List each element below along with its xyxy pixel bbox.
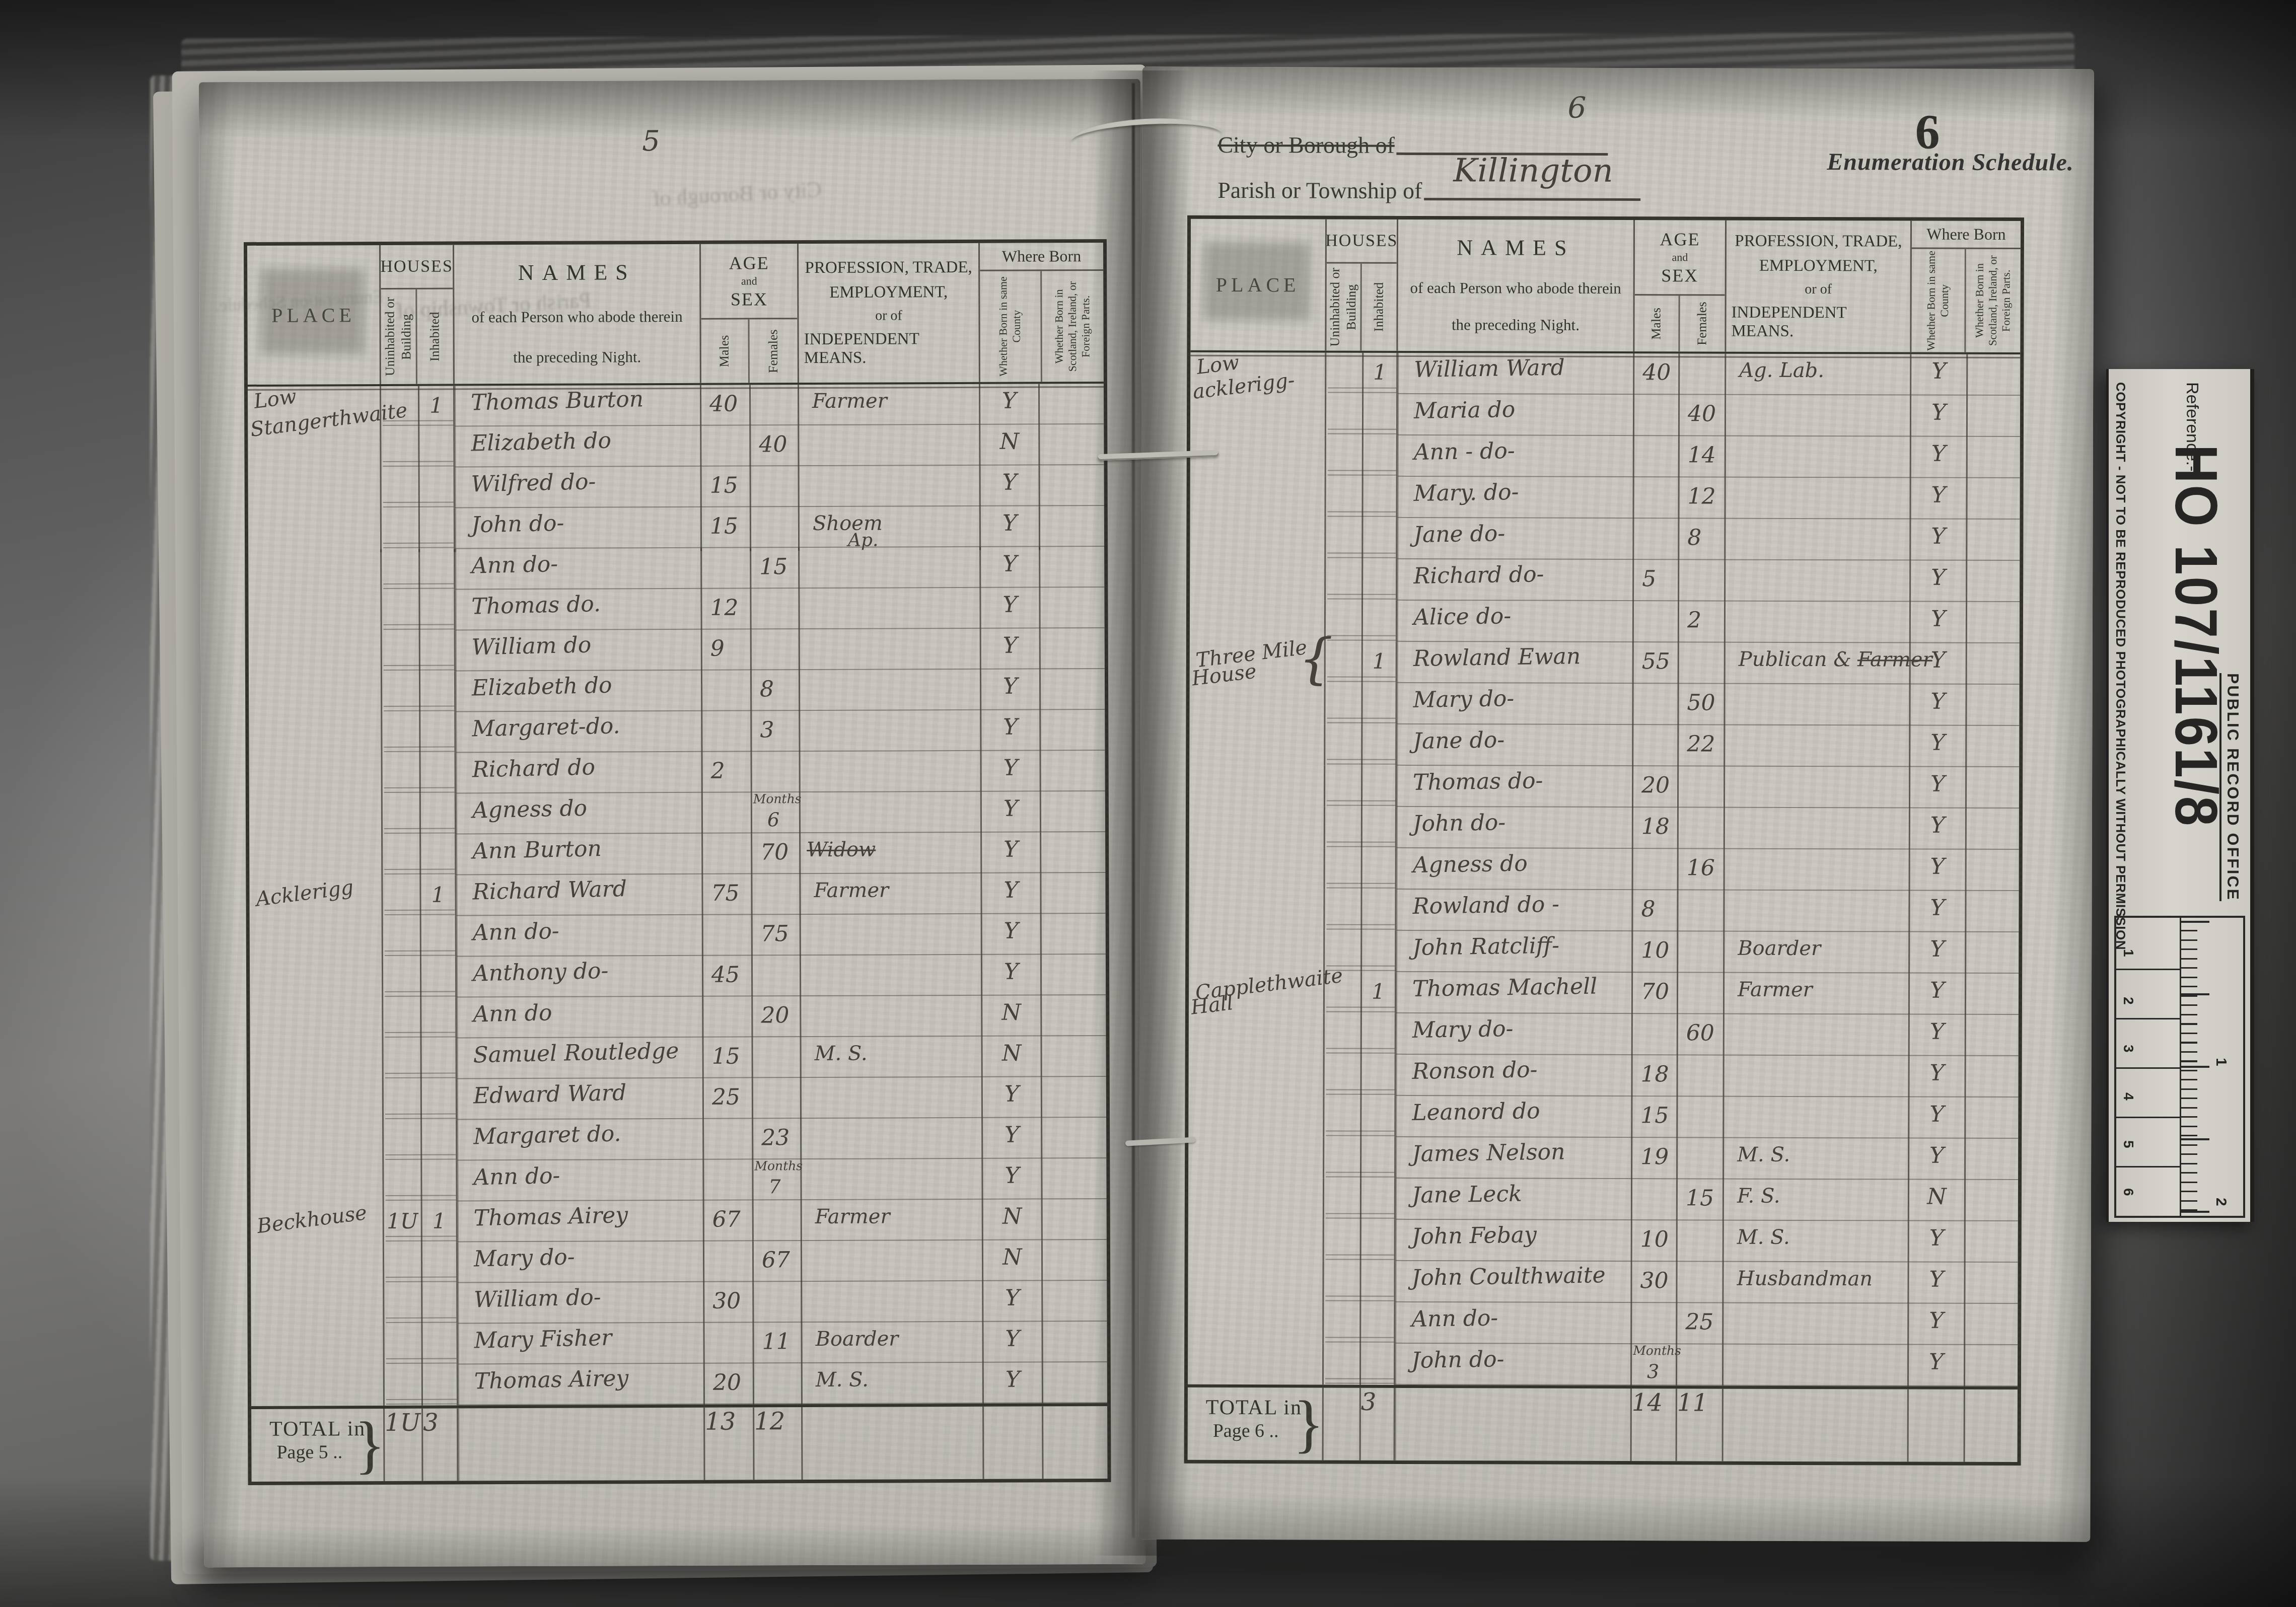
name-cell: Mary Fisher [458, 1323, 704, 1365]
age-females-cell [753, 1078, 802, 1119]
place-cell [249, 794, 383, 835]
age-value: 15 [1686, 1185, 1723, 1211]
born-same-county-cell: N [980, 424, 1040, 465]
born-county-value: Y [981, 714, 1039, 740]
age-males-cell: 15 [703, 1037, 753, 1078]
profession-cell: ShoemAp. [800, 506, 981, 551]
place-cell [250, 998, 383, 1039]
person-name: Thomas do. [471, 589, 701, 620]
age-females-cell: 70 [752, 833, 801, 874]
copyright-notice: COPYRIGHT - NOT TO BE REPRODUCED PHOTOGR… [2113, 382, 2128, 950]
col-header-born-same-county: Whether Born in same County [1911, 249, 1966, 352]
born-same-county-cell: Y [1909, 1139, 1966, 1180]
age-males-cell [1633, 725, 1679, 766]
inhabited-cell [420, 468, 455, 508]
born-county-value: Y [982, 836, 1040, 862]
born-county-value: Y [1909, 1349, 1964, 1375]
age-males-cell: 2 [703, 752, 752, 792]
name-cell: Ann Burton [456, 834, 703, 875]
born-same-county-cell: Y [1911, 520, 1967, 561]
name-cell: Mary. do- [1397, 477, 1634, 519]
profession-cell [1725, 684, 1910, 726]
inhabited-cell: 1 [419, 386, 455, 427]
uninhabited-cell [383, 835, 421, 875]
uninhabited-cell [383, 998, 421, 1039]
place-cell [249, 835, 383, 876]
age-males-cell [704, 1323, 754, 1363]
uninhabited-cell [1324, 1137, 1361, 1178]
age-females-cell [754, 1200, 802, 1241]
profession-cell: F. S. [1724, 1180, 1909, 1221]
person-name: John Coulthwaite [1411, 1262, 1631, 1290]
name-cell: Margaret do. [457, 1119, 704, 1161]
born-county-value: Y [984, 1366, 1042, 1392]
inhabited-cell [1363, 477, 1397, 518]
name-cell: Samuel Routledge [457, 1038, 703, 1079]
inhabited-cell [422, 1283, 458, 1324]
born-elsewhere-cell [1968, 437, 2020, 478]
inhabited-cell [1364, 435, 1398, 477]
profession-text: Ag. Lab. [1739, 359, 1824, 382]
name-cell: Thomas Burton [455, 385, 701, 427]
person-name: John Ratcliff- [1412, 931, 1632, 960]
profession-cell [800, 547, 981, 589]
col-header-where-born: Where Born Whether Born in same County W… [1911, 221, 2021, 353]
age-females-cell: 23 [753, 1119, 802, 1159]
col-header-inhabited: Inhabited [417, 289, 453, 384]
total-row-page-5: TOTAL in Page 5 .. } 1U 3 13 12 [251, 1403, 1108, 1482]
born-elsewhere-cell [1968, 354, 2020, 396]
age-males-cell [701, 425, 751, 466]
census-row: John Febay10M. S.Y [1188, 1219, 2018, 1263]
profession-cell [802, 1159, 983, 1200]
place-cell: LowStangerthwaite [248, 386, 381, 427]
uninhabited-cell [382, 672, 420, 712]
age-value: 19 [1640, 1144, 1676, 1170]
place-cell [1189, 1013, 1325, 1055]
profession-text: M. S. [816, 1368, 869, 1392]
col-header-age-sex: AGE and SEX Males Females [701, 244, 799, 383]
uninhabited-cell [1325, 724, 1362, 765]
uninhabited-cell [1324, 1178, 1361, 1219]
profession-cell [801, 955, 982, 996]
name-cell: Jane Leck [1396, 1179, 1632, 1220]
born-same-county-cell: Y [981, 506, 1040, 550]
brace-icon: } [1293, 1386, 1324, 1460]
uninhabited-cell [382, 712, 420, 753]
total-spacer-cell [1395, 1388, 1632, 1461]
inhabited-cell [420, 549, 455, 590]
profession-text: Farmer [812, 390, 887, 413]
age-value: 25 [1685, 1309, 1722, 1335]
profession-cell [800, 466, 981, 507]
profession-cell: Boarder [1725, 932, 1910, 974]
born-county-value: N [982, 999, 1040, 1025]
place-cell [248, 508, 382, 553]
age-males-cell: 67 [704, 1200, 754, 1241]
name-cell: John do- [1395, 1344, 1632, 1385]
uninhabited-cell [1325, 1013, 1362, 1054]
table-body: Lowacklerigg-1William Ward40Ag. Lab.YMar… [1188, 352, 2020, 1386]
census-row: Margaret do.23Y [250, 1118, 1106, 1161]
uninhabited-cell [1326, 476, 1363, 518]
age-males-cell [703, 996, 753, 1037]
age-value: 12 [1688, 483, 1725, 509]
age-males-cell: 5 [1634, 560, 1679, 601]
total-spacer-cell [1965, 1390, 2018, 1462]
inhabited-cell [421, 916, 457, 957]
person-name: Ann Burton [472, 834, 702, 864]
profession-text: Publican & [1739, 648, 1851, 672]
uninhabited-cell [1324, 1054, 1361, 1095]
born-elsewhere-cell [1967, 643, 2020, 685]
age-males-cell [1632, 1179, 1678, 1220]
name-cell: Ann do- [1395, 1302, 1632, 1344]
name-cell: Margaret-do. [456, 711, 702, 753]
profession-cell [799, 425, 980, 466]
profession-cell [1726, 560, 1911, 602]
inhabited-cell [420, 508, 455, 552]
born-county-value: N [1909, 1184, 1964, 1210]
total-males-cell: 14 [1632, 1389, 1677, 1461]
born-same-county-cell: Y [1910, 809, 1967, 850]
age-value: 14 [1688, 442, 1725, 468]
profession-cell [800, 629, 981, 670]
born-elsewhere-cell [1965, 1345, 2018, 1386]
col-header-inhabited: Inhabited [1361, 264, 1397, 351]
city-borough-label: City or Borough of [1217, 132, 1395, 158]
age-value: 55 [1642, 648, 1678, 674]
inhabited-cell [1361, 1179, 1396, 1220]
col-header-born-same-county: Whether Born in same County [980, 271, 1042, 382]
profession-cell: M. S. [801, 1037, 982, 1078]
total-spacer-cell [1909, 1390, 1965, 1462]
profession-cell [802, 1077, 983, 1119]
born-county-value: Y [1910, 771, 1965, 797]
ink-smudge [260, 268, 365, 354]
profession-cell [802, 1281, 983, 1323]
total-inhabited-cell: 3 [423, 1408, 459, 1481]
age-females-cell [1678, 1097, 1724, 1138]
born-county-value: Y [981, 592, 1039, 617]
person-name: Ann do- [472, 915, 702, 946]
born-same-county-cell: Y [1911, 643, 1967, 685]
place-cell [1188, 1219, 1324, 1261]
place-cell: CapplethwaiteHall [1189, 972, 1325, 1013]
uninhabited-cell [383, 753, 421, 794]
census-row: Acklerigg1Richard Ward75FarmerY [249, 873, 1105, 917]
age-females-cell [754, 1363, 803, 1404]
inhabited-cell [422, 1079, 457, 1120]
uninhabited-cell [384, 1120, 422, 1161]
person-name: Richard do- [1413, 560, 1633, 589]
born-county-value: Y [1909, 1102, 1964, 1127]
uninhabited-cell [384, 1161, 422, 1202]
born-elsewhere-cell [1966, 974, 2019, 1015]
inhabited-cell [423, 1364, 458, 1405]
age-value: 9 [710, 635, 750, 661]
born-same-county-cell: Y [981, 465, 1040, 506]
col-header-females: Females [1680, 296, 1725, 351]
census-row: Beckhouse1U1Thomas Airey67FarmerN [251, 1199, 1107, 1243]
profession-text: M. S. [815, 1042, 868, 1065]
census-row: Jane Leck15F. S.N [1188, 1178, 2018, 1221]
col-header-place: PLACE [247, 245, 381, 385]
census-row: John do-18Y [1189, 807, 2019, 850]
born-county-value: N [983, 1244, 1041, 1270]
col-header-age-sex: AGE and SEX Males Females [1634, 220, 1727, 351]
census-row: Ann Burton70WidowY [249, 832, 1105, 876]
person-name: Margaret do. [473, 1119, 703, 1150]
age-value: 2 [1687, 607, 1724, 633]
inhabited-cell [421, 1038, 457, 1079]
born-same-county-cell: Y [1910, 726, 1967, 767]
months-note: Months [753, 791, 802, 806]
inhabited-cell [421, 834, 456, 875]
person-name: Rowland Ewan [1413, 642, 1632, 671]
age-males-cell [704, 1159, 753, 1200]
born-elsewhere-cell [1966, 1139, 2018, 1180]
inhabited-cell [422, 1324, 458, 1364]
census-row: Margaret-do.3Y [249, 710, 1105, 754]
name-cell: Anthony do- [457, 956, 703, 998]
born-county-value: Y [982, 755, 1040, 780]
uninhabited-cell [383, 1039, 421, 1079]
profession-text: F. S. [1737, 1185, 1780, 1208]
born-county-value: Y [1911, 400, 1966, 425]
age-males-cell [704, 1119, 753, 1159]
col-header-houses-label: HOUSES [381, 245, 453, 289]
total-males-cell: 13 [705, 1407, 755, 1480]
inhabited-cell [1361, 1344, 1395, 1385]
born-same-county-cell: Y [983, 1077, 1042, 1118]
uninhabited-cell [382, 508, 420, 552]
age-females-cell: 11 [754, 1323, 802, 1363]
born-same-county-cell: Y [983, 1158, 1042, 1199]
born-county-value: Y [983, 1122, 1041, 1147]
age-value: 3 [1647, 1360, 1676, 1382]
inhabited-cell [420, 630, 456, 671]
age-males-cell: 40 [701, 385, 751, 425]
months-note: Months [1633, 1343, 1681, 1358]
place-cell [250, 1120, 384, 1161]
age-males-cell: 55 [1634, 642, 1679, 684]
profession-cell [1725, 891, 1910, 932]
census-row: John do-15ShoemAp.Y [248, 506, 1104, 550]
age-females-cell: Months7 [753, 1159, 802, 1200]
inhabited-cell [420, 671, 456, 712]
born-same-county-cell: Y [981, 669, 1041, 710]
age-males-cell [1634, 395, 1680, 436]
name-cell: William do- [458, 1282, 704, 1324]
age-females-cell: 40 [1680, 395, 1726, 436]
age-females-cell: 14 [1680, 436, 1726, 477]
profession-cell [1726, 436, 1911, 478]
census-row: Elizabeth do40N [248, 424, 1104, 468]
place-cell: Three MileHouse{ [1190, 641, 1326, 683]
inhabited-cell [421, 753, 456, 793]
name-cell: Richard do [456, 752, 703, 794]
born-elsewhere-cell [1966, 891, 2019, 932]
born-elsewhere-cell [1967, 850, 2019, 891]
uninhabited-cell [381, 427, 419, 468]
total-row-page-6: TOTAL in Page 6 .. } 3 14 11 [1188, 1384, 2018, 1462]
age-females-cell [753, 956, 801, 996]
inhabited-cell [421, 997, 457, 1038]
uninhabited-cell [382, 468, 420, 508]
profession-cell [1726, 478, 1911, 520]
inhabited-cell [1362, 848, 1397, 890]
census-row: Mary. do-12Y [1190, 476, 2020, 520]
inhabited-cell [1361, 1096, 1396, 1137]
age-males-cell [702, 670, 752, 711]
inhabited-cell: 1 [421, 875, 456, 916]
inhabited-cell [419, 427, 455, 468]
profession-cell [802, 1118, 983, 1159]
born-elsewhere-cell [1965, 1304, 2018, 1345]
age-males-cell: 10 [1632, 1220, 1678, 1262]
inhabited-cell [1361, 1302, 1395, 1344]
census-row: Leanord do15Y [1188, 1095, 2018, 1139]
age-value: 15 [759, 554, 798, 579]
age-value: 23 [761, 1125, 800, 1150]
census-row: Rowland do -8Y [1189, 889, 2019, 932]
uninhabited-cell [383, 794, 421, 835]
uninhabited-cell [1326, 559, 1363, 600]
place-cell [1189, 807, 1325, 848]
uninhabited-cell [1324, 1343, 1361, 1384]
age-males-cell: 15 [702, 507, 751, 551]
place-cell [1189, 848, 1325, 890]
place-cell [1188, 1343, 1324, 1385]
born-elsewhere-cell [1966, 1015, 2019, 1056]
total-label-cell: TOTAL in Page 6 .. } [1188, 1387, 1324, 1460]
census-row: Elizabeth do8Y [249, 669, 1105, 713]
born-county-value: Y [1911, 358, 1966, 384]
born-same-county-cell: Y [1909, 1263, 1965, 1304]
age-value: 20 [761, 1002, 800, 1028]
age-value: 15 [1640, 1103, 1676, 1128]
name-cell: Leanord do [1396, 1096, 1632, 1138]
page-number-handwritten: 5 [642, 125, 660, 158]
age-value: 45 [711, 962, 751, 987]
uninhabited-cell [384, 1324, 422, 1365]
born-county-value: Y [1910, 978, 1965, 1003]
uninhabited-cell [382, 631, 420, 672]
inhabited-cell [422, 1120, 457, 1160]
age-females-cell: 67 [754, 1241, 802, 1282]
inhabited-cell [1362, 724, 1397, 766]
age-value: 8 [1687, 525, 1724, 550]
name-cell: John Febay [1396, 1220, 1632, 1262]
name-cell: Ann do- [457, 1160, 704, 1202]
inhabited-cell: 1 [1362, 972, 1396, 1013]
name-cell: Thomas Machell [1396, 972, 1633, 1014]
person-name: Elizabeth do [472, 671, 701, 701]
inhabited-cell [1362, 931, 1396, 972]
born-same-county-cell: Y [1910, 685, 1967, 726]
born-same-county-cell: Y [1910, 767, 1967, 809]
person-name: Alice do- [1413, 601, 1633, 630]
profession-cell: Farmer [799, 384, 980, 425]
age-females-cell: 8 [752, 670, 800, 711]
place-cell [251, 1283, 384, 1325]
born-county-value: Y [980, 388, 1038, 413]
profession-text: Husbandman [1737, 1267, 1873, 1291]
inhabited-cell [422, 1160, 457, 1201]
age-females-cell: 8 [1679, 519, 1726, 560]
inhabited-cell [1361, 1055, 1396, 1096]
col-header-houses: HOUSES Uninhabited or Building Inhabited [1326, 219, 1398, 350]
age-females-cell: 75 [753, 915, 801, 956]
person-name: Wilfred do- [471, 467, 700, 497]
place-cell [250, 1079, 384, 1121]
name-cell: Thomas do- [1397, 766, 1633, 808]
pro-reference-card-content: Reference:- HO 107/1161/8 PUBLIC RECORD … [2106, 369, 2254, 1222]
person-name: Anthony do- [473, 956, 702, 987]
born-elsewhere-cell [1966, 1056, 2018, 1098]
age-females-cell [1678, 890, 1725, 931]
born-county-value: Y [1909, 1308, 1964, 1334]
age-males-cell [1634, 477, 1679, 519]
age-value: 40 [1642, 359, 1678, 385]
months-note: Months [754, 1158, 803, 1173]
inhabited-cell [1361, 1261, 1395, 1302]
name-cell: Richard Ward [456, 874, 703, 916]
age-value: 30 [712, 1288, 752, 1313]
born-elsewhere-cell [1966, 1221, 2018, 1263]
born-same-county-cell: N [983, 1199, 1043, 1240]
age-males-cell: 15 [702, 466, 751, 507]
census-row: John do-Months3Y [1188, 1343, 2018, 1386]
total-label-cell: TOTAL in Page 5 .. } [251, 1409, 385, 1482]
census-row: Mary Fisher11BoarderY [251, 1322, 1107, 1365]
place-cell [250, 957, 383, 998]
person-name: Jane Leck [1412, 1179, 1631, 1208]
name-cell: Mary do- [1397, 683, 1633, 725]
profession-text: Farmer [1738, 978, 1813, 1001]
profession-cell [1724, 1056, 1909, 1098]
profession-cell [1724, 1097, 1909, 1139]
person-name: Elizabeth do [471, 426, 700, 457]
inhabited-cell [420, 712, 456, 753]
parish-township-line: Parish or Township ofKillington [1217, 177, 1640, 204]
profession-cell [802, 1240, 983, 1282]
age-value: 16 [1687, 855, 1724, 881]
profession-cell [1726, 519, 1911, 561]
census-row: Agness doMonths6Y [249, 791, 1105, 835]
person-name: John Febay [1411, 1220, 1631, 1249]
age-females-cell [1678, 973, 1725, 1014]
ink-smudge [1204, 242, 1310, 321]
census-row: John Coulthwaite30HusbandmanY [1188, 1261, 2018, 1304]
born-same-county-cell: N [983, 1240, 1043, 1281]
age-females-cell [1678, 1055, 1724, 1097]
profession-cell: M. S. [1724, 1138, 1909, 1180]
profession-cell [1725, 767, 1910, 809]
age-males-cell: 18 [1633, 808, 1679, 849]
born-county-value: Y [1910, 689, 1965, 714]
total-spacer-cell [1724, 1389, 1909, 1462]
age-males-cell: 18 [1632, 1055, 1678, 1097]
born-county-value: Y [983, 1081, 1041, 1107]
name-cell: Thomas Airey [458, 1201, 704, 1243]
profession-cell: Publican &Farmer [1726, 643, 1911, 685]
inhabited-cell [1362, 807, 1397, 848]
born-same-county-cell: N [982, 995, 1042, 1036]
person-name: Thomas Airey [473, 1201, 703, 1231]
col-header-profession: PROFESSION, TRADE, EMPLOYMENT, or of IND… [1726, 221, 1912, 352]
